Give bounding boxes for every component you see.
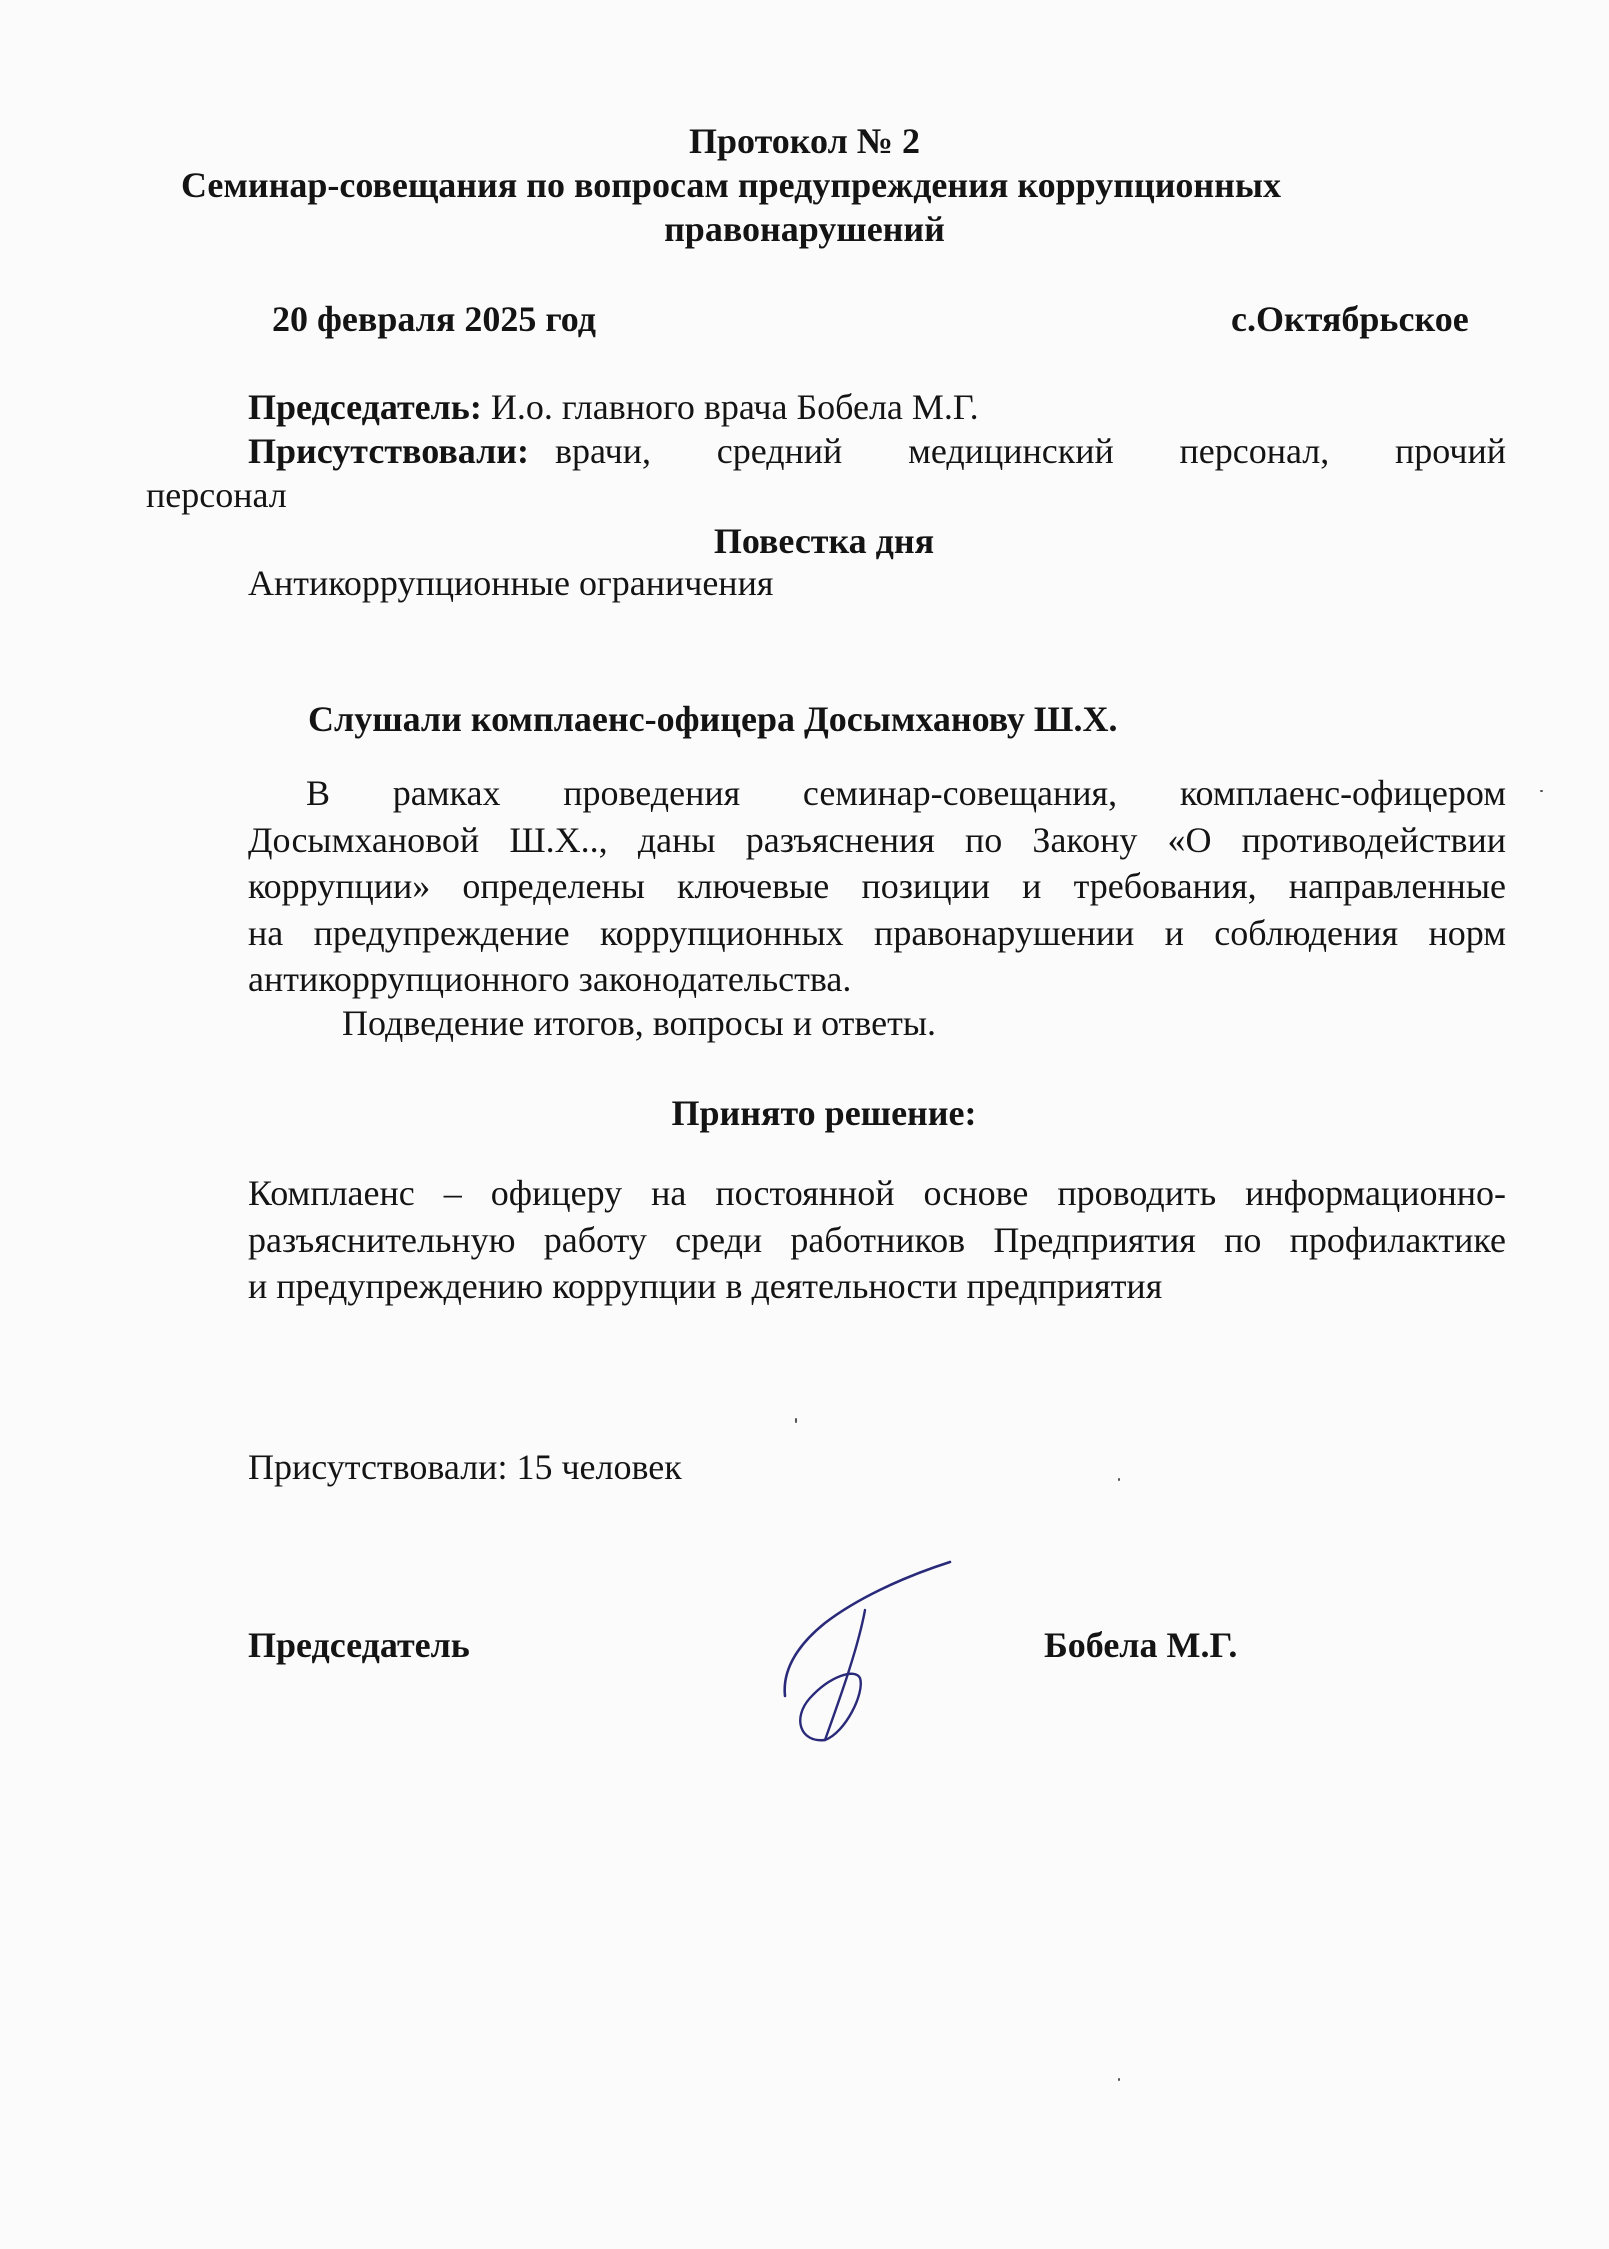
protocol-place: с.Октябрьское [1231, 296, 1469, 342]
chairman-line: Председатель: И.о. главного врача Бобела… [248, 384, 979, 430]
protocol-subtitle-line2: правонарушений [0, 206, 1609, 252]
decision-line: и предупреждению коррупции в деятельност… [248, 1263, 1506, 1310]
agenda-heading: Повестка дня [0, 518, 1609, 564]
scan-speck [795, 1418, 797, 1423]
agenda-item: Антикоррупционные ограничения [248, 560, 773, 606]
chairman-value: И.о. главного врача Бобела М.Г. [482, 387, 979, 427]
handwritten-signature-icon [770, 1548, 970, 1748]
heard-summary: Подведение итогов, вопросы и ответы. [342, 1000, 936, 1046]
signature-name: Бобела М.Г. [1044, 1622, 1237, 1668]
attended-value-cont: персонал [146, 472, 287, 518]
scan-speck [1118, 1478, 1120, 1481]
protocol-date: 20 февраля 2025 год [272, 296, 596, 342]
scan-speck [1118, 2078, 1120, 2081]
chairman-label: Председатель: [248, 387, 482, 427]
signature-label: Председатель [248, 1622, 470, 1668]
heard-line: коррупции» определены ключевые позиции и… [248, 863, 1506, 910]
heard-line: Досымхановой Ш.Х.., даны разъяснения по … [248, 817, 1506, 864]
decision-heading: Принято решение: [0, 1090, 1609, 1136]
heard-heading: Слушали комплаенс-офицера Досымханову Ш.… [308, 696, 1117, 742]
scan-speck [1540, 790, 1543, 792]
heard-paragraph: В рамках проведения семинар-совещания, к… [248, 770, 1506, 1003]
attended-line: Присутствовали: врачи, средний медицинск… [248, 428, 1506, 474]
attendance-count: Присутствовали: 15 человек [248, 1444, 682, 1490]
heard-line: антикоррупционного законодательства. [248, 956, 1506, 1003]
decision-line: разъяснительную работу среди работников … [248, 1217, 1506, 1264]
protocol-title: Протокол № 2 [0, 118, 1609, 164]
protocol-subtitle-line1: Семинар-совещания по вопросам предупрежд… [0, 162, 1462, 208]
heard-line: В рамках проведения семинар-совещания, к… [248, 770, 1506, 817]
heard-line: на предупреждение коррупционных правонар… [248, 910, 1506, 957]
document-page: Протокол № 2 Семинар-совещания по вопрос… [0, 0, 1609, 2249]
attended-label: Присутствовали: [248, 428, 529, 474]
decision-paragraph: Комплаенс – офицеру на постоянной основе… [248, 1170, 1506, 1310]
attended-value: врачи, средний медицинский персонал, про… [555, 428, 1506, 474]
decision-line: Комплаенс – офицеру на постоянной основе… [248, 1170, 1506, 1217]
